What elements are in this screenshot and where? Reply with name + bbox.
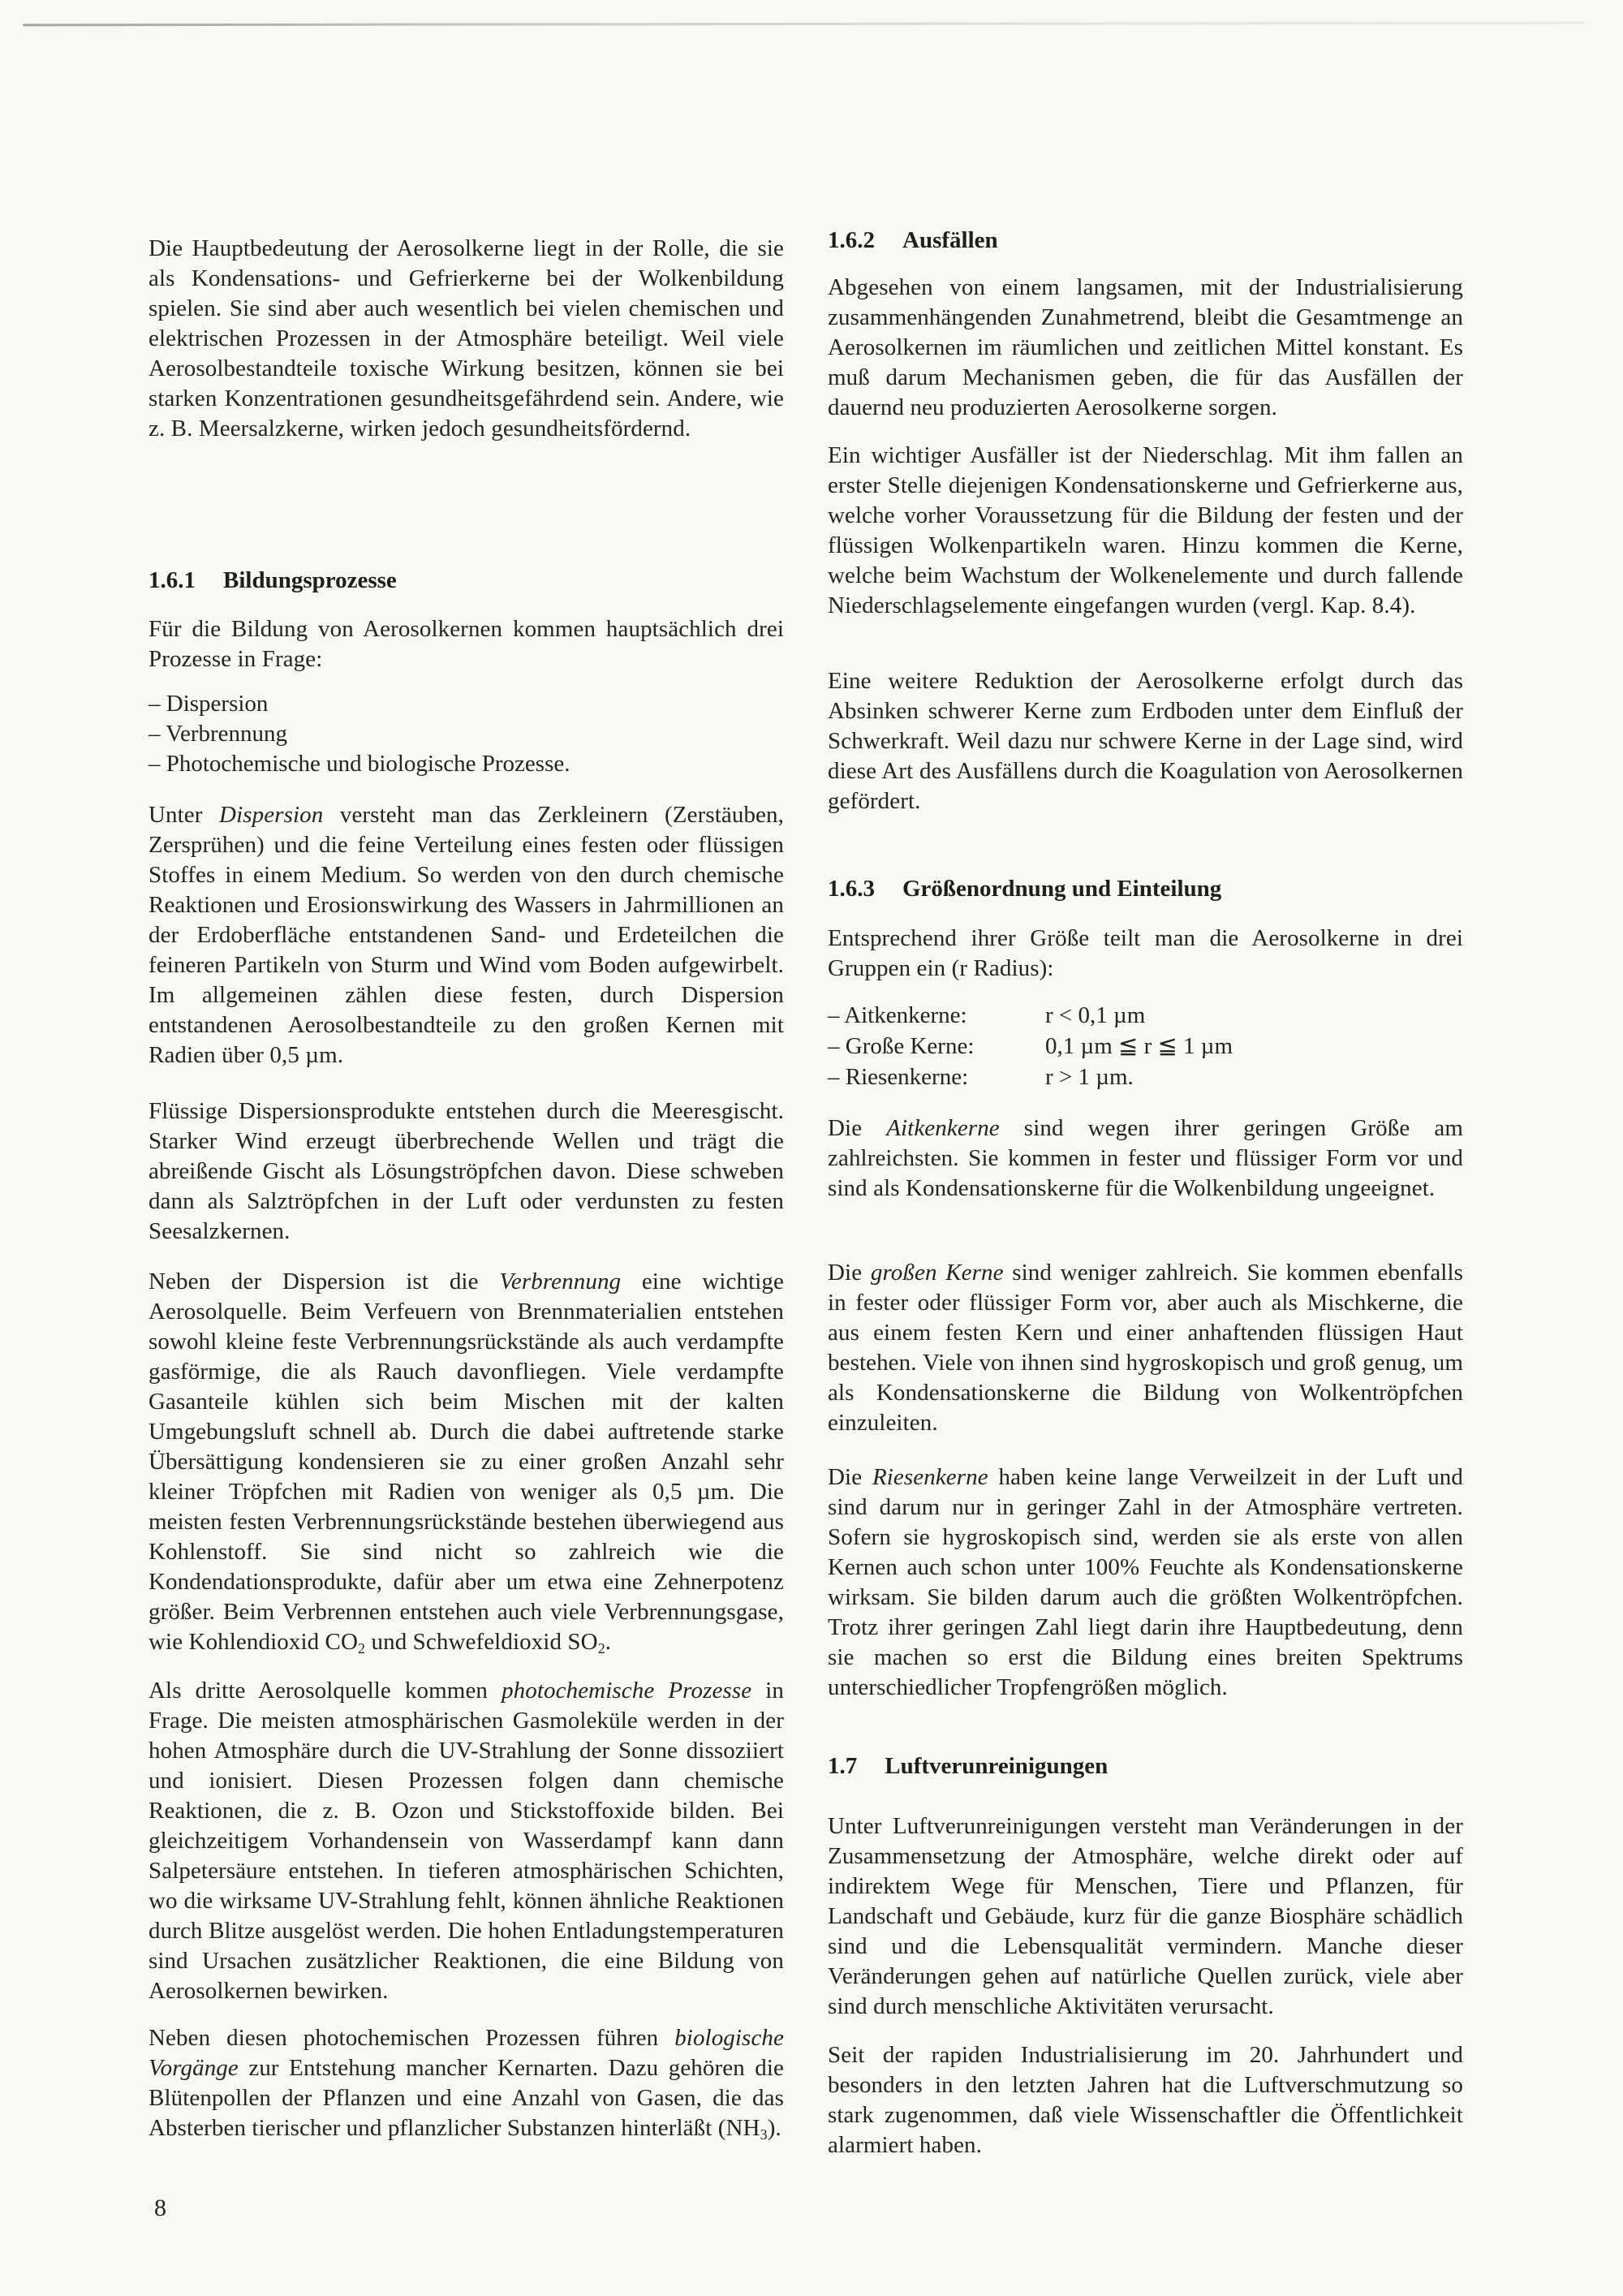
section-heading-1-6-1: 1.6.1Bildungsprozesse: [149, 566, 784, 596]
para-niederschlag: Ein wichtiger Ausfäller ist der Niedersc…: [828, 441, 1463, 621]
right-column: 1.6.2Ausfällen Abgesehen von einem langs…: [828, 0, 1463, 2296]
page-number: 8: [154, 2193, 166, 2223]
text-segment: zur Entstehung mancher Kernarten. Dazu g…: [149, 2055, 784, 2141]
list-item-photochemisch: – Photochemische und biologische Prozess…: [149, 749, 784, 779]
book-page: Die Hauptbedeutung der Aerosolkerne lieg…: [0, 0, 1623, 2296]
section-heading-1-6-2: 1.6.2Ausfällen: [828, 226, 1463, 256]
para-aerosolkerne-bedeutung: Die Hauptbedeutung der Aerosolkerne lieg…: [149, 234, 784, 444]
emphasis-dispersion: Dispersion: [219, 802, 323, 828]
size-value: r < 0,1 µm: [1045, 1000, 1463, 1031]
text-segment: Neben diesen photochemischen Prozessen f…: [149, 2025, 674, 2051]
size-classification-list: – Aitkenkerne:r < 0,1 µm – Große Kerne:0…: [828, 1000, 1463, 1092]
text-segment: Neben der Dispersion ist die: [149, 1269, 499, 1294]
section-number: 1.6.3: [828, 876, 875, 902]
text-segment: Als dritte Aerosolquelle kommen: [149, 1678, 502, 1704]
size-label: – Aitkenkerne:: [828, 1000, 1045, 1031]
text-segment: sind weniger zahlreich. Sie kommen ebenf…: [828, 1260, 1463, 1436]
para-fluessige-dispersionsprodukte: Flüssige Dispersionsprodukte entstehen d…: [149, 1096, 784, 1247]
section-heading-1-7: 1.7Luftverunreinigungen: [828, 1751, 1463, 1781]
para-ausfaellen-intro: Abgesehen von einem langsamen, mit der I…: [828, 273, 1463, 423]
size-label: – Riesenkerne:: [828, 1062, 1045, 1092]
size-value: r > 1 µm.: [1045, 1062, 1463, 1092]
emphasis-verbrennung: Verbrennung: [499, 1269, 621, 1294]
list-item-verbrennung: – Verbrennung: [149, 719, 784, 749]
text-segment: eine wichtige Aerosolquelle. Beim Verfeu…: [149, 1269, 784, 1655]
para-aitkenkerne: Die Aitkenkerne sind wegen ihrer geringe…: [828, 1114, 1463, 1204]
text-segment: Die: [828, 1115, 886, 1141]
section-heading-1-6-3: 1.6.3Größenordnung und Einteilung: [828, 874, 1463, 904]
para-groessen-intro: Entsprechend ihrer Größe teilt man die A…: [828, 924, 1463, 984]
emphasis-aitkenkerne: Aitkenkerne: [886, 1115, 1000, 1141]
text-segment: Unter: [149, 802, 219, 828]
size-row-grosse-kerne: – Große Kerne:0,1 µm ≦ r ≦ 1 µm: [828, 1031, 1463, 1062]
section-number: 1.6.2: [828, 227, 875, 253]
section-title: Bildungsprozesse: [223, 567, 397, 593]
para-biologische-vorgaenge: Neben diesen photochemischen Prozessen f…: [149, 2023, 784, 2143]
size-label: – Große Kerne:: [828, 1031, 1045, 1062]
subscript-nh3: 3: [760, 2126, 768, 2143]
left-column: Die Hauptbedeutung der Aerosolkerne lieg…: [149, 0, 784, 2296]
section-title: Ausfällen: [902, 227, 998, 253]
text-segment: .: [605, 1629, 611, 1655]
section-title: Größenordnung und Einteilung: [902, 876, 1221, 902]
para-luftverunreinigungen-intro: Unter Luftverunreinigungen versteht man …: [828, 1811, 1463, 2022]
text-segment: Die: [828, 1260, 871, 1286]
text-segment: versteht man das Zerkleinern (Zerstäuben…: [149, 802, 784, 1068]
para-industrialisierung: Seit der rapiden Industrialisierung im 2…: [828, 2040, 1463, 2160]
emphasis-grosse-kerne: großen Kerne: [871, 1260, 1004, 1286]
list-item-dispersion: – Dispersion: [149, 689, 784, 719]
para-verbrennung: Neben der Dispersion ist die Verbrennung…: [149, 1267, 784, 1657]
para-grosse-kerne: Die großen Kerne sind weniger zahlreich.…: [828, 1258, 1463, 1438]
section-number: 1.6.1: [149, 567, 196, 593]
text-segment: und Schwefeldioxid SO: [365, 1629, 598, 1655]
size-row-aitkenkerne: – Aitkenkerne:r < 0,1 µm: [828, 1000, 1463, 1031]
subscript-so2: 2: [598, 1640, 605, 1656]
size-value: 0,1 µm ≦ r ≦ 1 µm: [1045, 1031, 1463, 1062]
text-segment: Die: [828, 1464, 872, 1490]
emphasis-riesenkerne: Riesenkerne: [872, 1464, 988, 1490]
process-list: – Dispersion – Verbrennung – Photochemis…: [149, 689, 784, 779]
section-title: Luftverunreinigungen: [885, 1753, 1108, 1779]
emphasis-photochemische-prozesse: photochemische Prozesse: [502, 1678, 751, 1704]
para-photochemische-prozesse: Als dritte Aerosolquelle kommen photoche…: [149, 1676, 784, 2006]
text-segment: ).: [768, 2115, 781, 2141]
text-segment: in Frage. Die meisten atmosphärischen Ga…: [149, 1678, 784, 2004]
text-segment: haben keine lange Verweilzeit in der Luf…: [828, 1464, 1463, 1700]
size-row-riesenkerne: – Riesenkerne:r > 1 µm.: [828, 1062, 1463, 1092]
subscript-co2: 2: [358, 1640, 365, 1656]
para-dispersion: Unter Dispersion versteht man das Zerkle…: [149, 800, 784, 1070]
section-number: 1.7: [828, 1753, 857, 1779]
para-bildung-intro: Für die Bildung von Aerosolkernen kommen…: [149, 614, 784, 674]
para-riesenkerne: Die Riesenkerne haben keine lange Verwei…: [828, 1462, 1463, 1703]
para-reduktion-absinken: Eine weitere Reduktion der Aerosolkerne …: [828, 666, 1463, 816]
